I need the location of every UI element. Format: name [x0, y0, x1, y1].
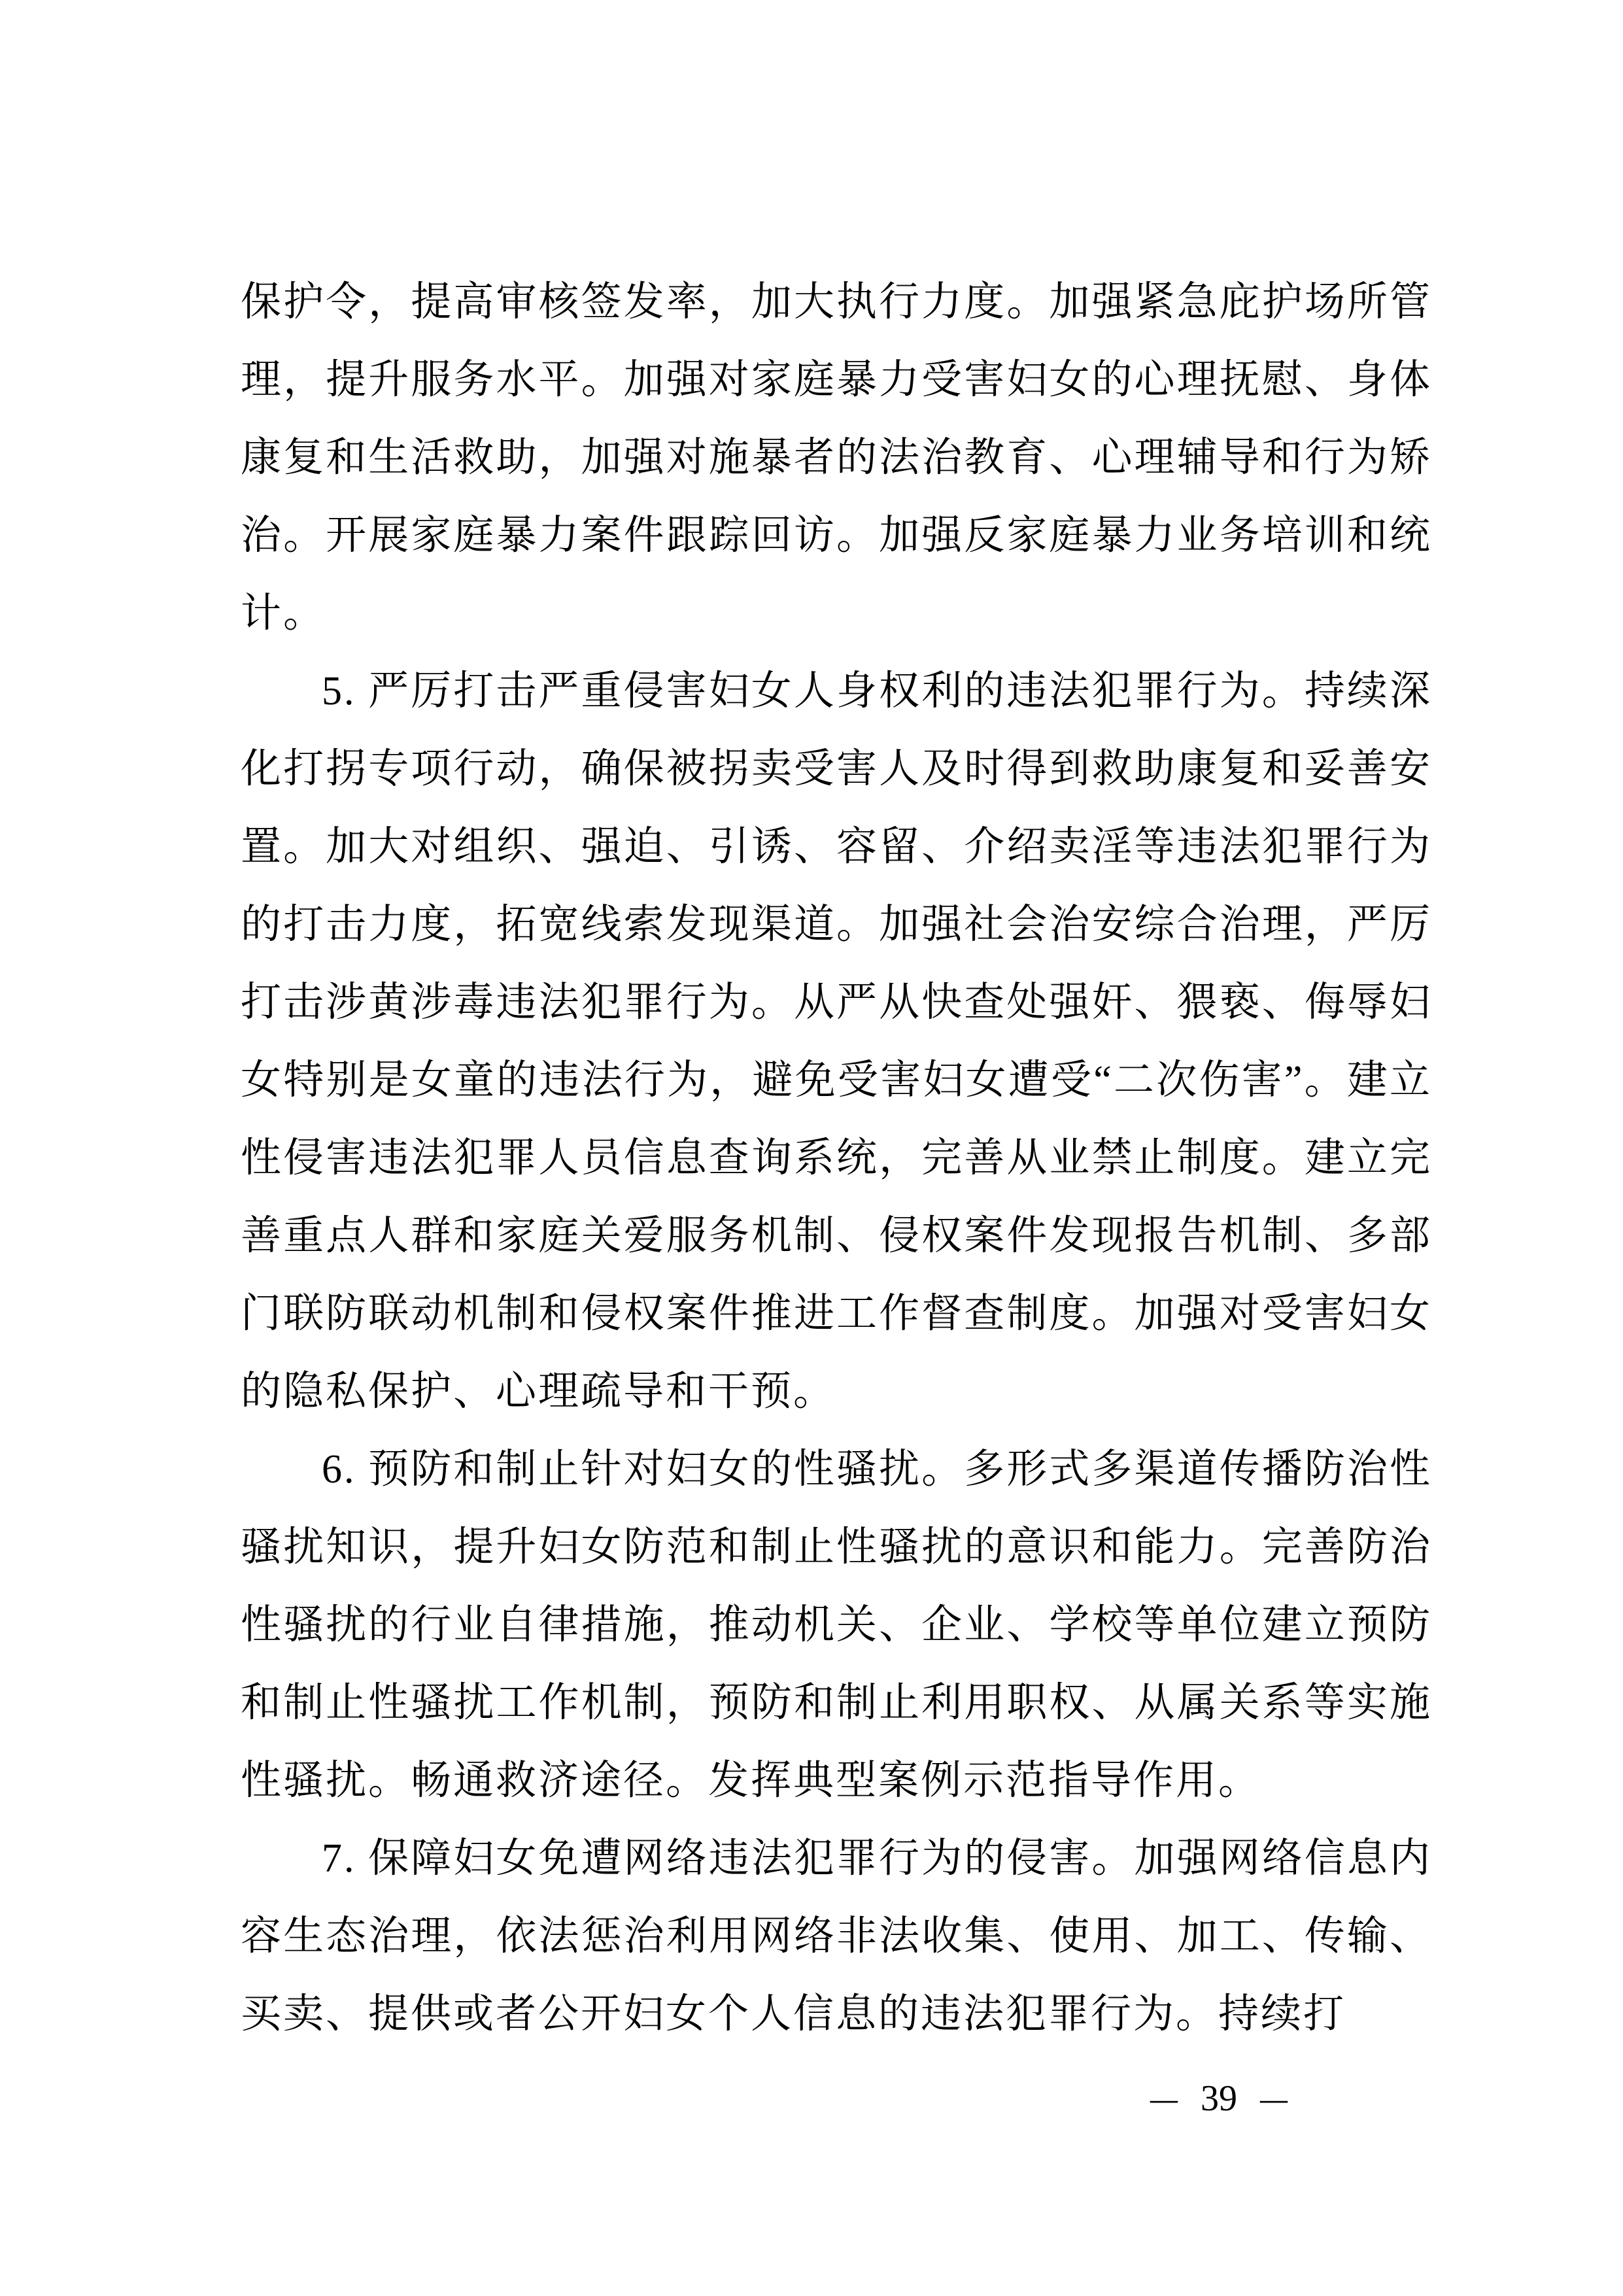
footer-right-dash: —: [1260, 2078, 1288, 2119]
paragraph-item-5: 5. 严厉打击严重侵害妇女人身权利的违法犯罪行为。持续深化打拐专项行动，确保被拐…: [241, 653, 1432, 1431]
paragraph-item-6: 6. 预防和制止针对妇女的性骚扰。多形式多渠道传播防治性骚扰知识，提升妇女防范和…: [241, 1431, 1432, 1820]
paragraph-item-7: 7. 保障妇女免遭网络违法犯罪行为的侵害。加强网络信息内容生态治理，依法惩治利用…: [241, 1820, 1432, 2053]
page-number: 39: [1201, 2078, 1237, 2119]
paragraph-continuation: 保护令，提高审核签发率，加大执行力度。加强紧急庇护场所管理，提升服务水平。加强对…: [241, 264, 1432, 653]
document-page: 保护令，提高审核签发率，加大执行力度。加强紧急庇护场所管理，提升服务水平。加强对…: [0, 0, 1623, 2296]
page-footer: — 39 —: [1146, 2078, 1292, 2119]
footer-left-dash: —: [1150, 2078, 1178, 2119]
document-body: 保护令，提高审核签发率，加大执行力度。加强紧急庇护场所管理，提升服务水平。加强对…: [241, 264, 1432, 2053]
